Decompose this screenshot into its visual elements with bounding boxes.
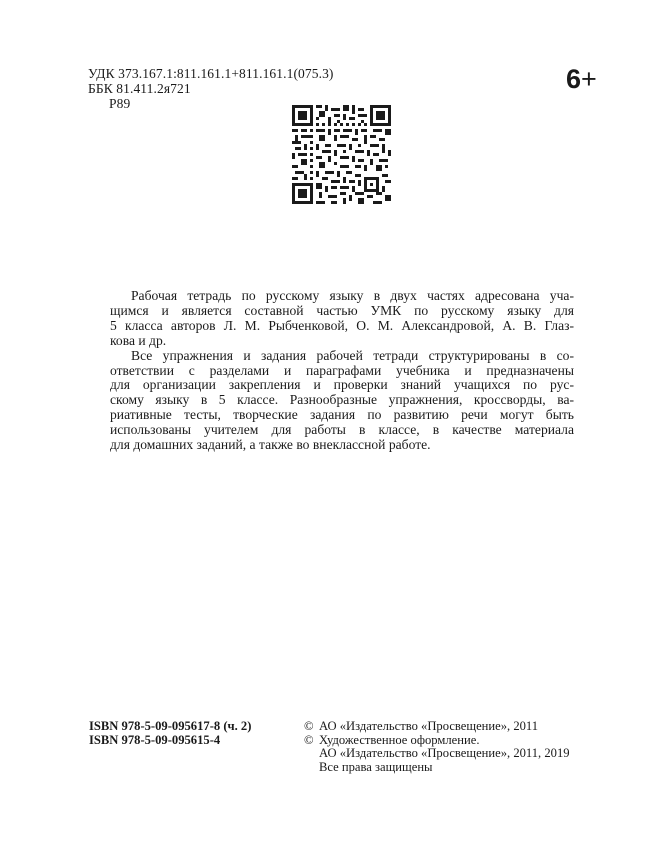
- copyright-icon: ©: [304, 734, 319, 748]
- text-line: для домашних заданий, а также во внеклас…: [89, 438, 574, 453]
- text-line: Все упражнения и задания рабочей тетради…: [89, 349, 574, 364]
- copyright-line: АО «Издательство «Просвещение», 2011: [319, 719, 538, 733]
- udk-code: УДК 373.167.1:811.161.1+811.161.1(075.3): [88, 66, 334, 81]
- isbn-part: ISBN 978-5-09-095617-8 (ч. 2): [89, 720, 251, 734]
- qr-code-icon: [292, 105, 391, 204]
- isbn-block: ISBN 978-5-09-095617-8 (ч. 2) ISBN 978-5…: [89, 720, 251, 747]
- age-rating-digit: 6: [566, 64, 581, 94]
- copyright-block: ©АО «Издательство «Просвещение», 2011 ©Х…: [304, 720, 570, 774]
- text-line: для организации закрепления и проверки з…: [89, 378, 574, 393]
- age-rating: 6+: [566, 64, 597, 95]
- age-rating-plus: +: [581, 64, 597, 94]
- book-imprint-page: УДК 373.167.1:811.161.1+811.161.1(075.3)…: [0, 0, 650, 865]
- bbk-code: ББК 81.411.2я721: [88, 81, 334, 96]
- text-line: Рабочая тетрадь по русскому языку в двух…: [89, 289, 574, 304]
- text-line: щимся и является составной частью УМК по…: [89, 304, 574, 319]
- text-line: ответствии с разделами и параграфами уче…: [89, 364, 574, 379]
- abstract-paragraph-2: Все упражнения и задания рабочей тетради…: [89, 349, 574, 453]
- text-line: риативные тесты, творческие задания по р…: [89, 408, 574, 423]
- abstract-paragraph-1: Рабочая тетрадь по русскому языку в двух…: [89, 289, 574, 349]
- isbn-set: ISBN 978-5-09-095615-4: [89, 734, 251, 748]
- copyright-icon: ©: [304, 720, 319, 734]
- copyright-line: АО «Издательство «Просвещение», 2011, 20…: [304, 747, 570, 761]
- copyright-line: Художественное оформление.: [319, 733, 479, 747]
- text-line: использованы учителем для работы в класс…: [89, 423, 574, 438]
- abstract-text: Рабочая тетрадь по русскому языку в двух…: [89, 289, 574, 453]
- text-line: кова и др.: [89, 334, 574, 349]
- text-line: скому языку в 5 классе. Разнообразные уп…: [89, 393, 574, 408]
- rights-reserved: Все права защищены: [304, 761, 570, 775]
- text-line: 5 класса авторов Л. М. Рыбченковой, О. М…: [89, 319, 574, 334]
